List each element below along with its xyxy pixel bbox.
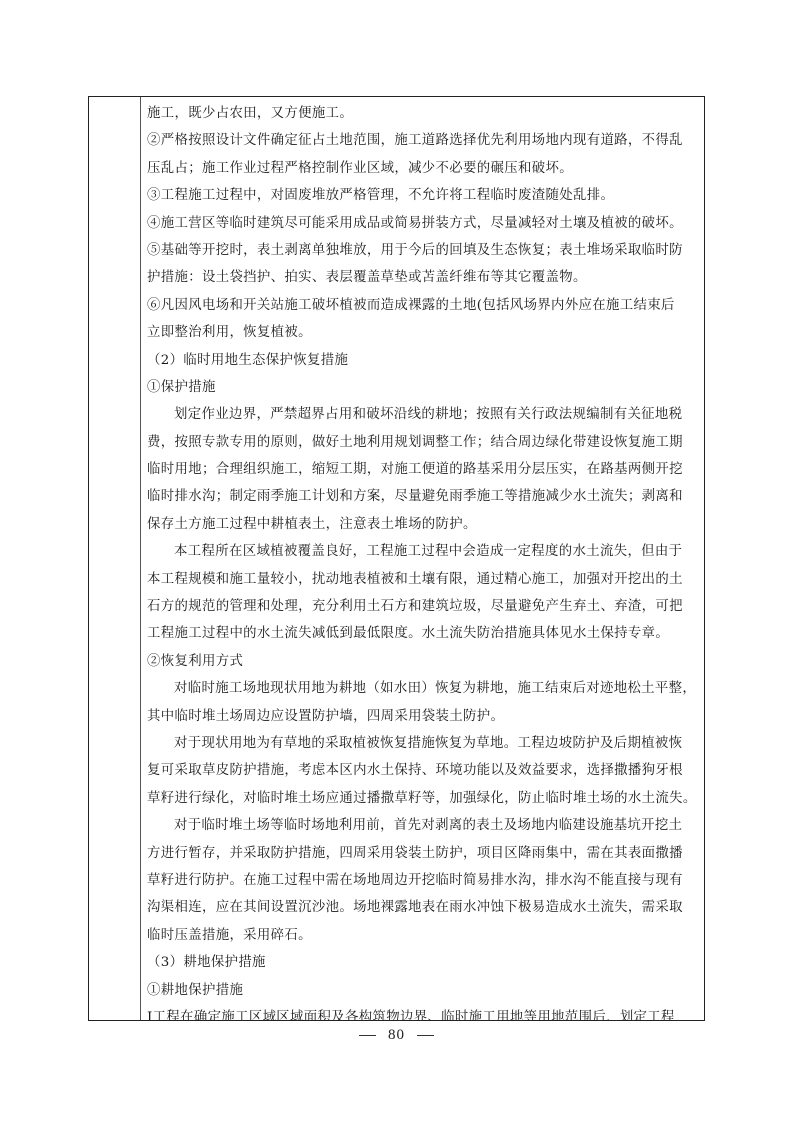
text-line: 工程施工过程中的水土流失减低到最低限度。水土流失防治措施具体见水土保持专章。 xyxy=(147,620,700,647)
text-line: （3）耕地保护措施 xyxy=(147,949,700,976)
text-line: 施工，既少占农田，又方便施工。 xyxy=(147,100,700,127)
text-line: ④施工营区等临时建筑尽可能采用成品或简易拼装方式，尽量减轻对土壤及植被的破坏。 xyxy=(147,210,700,237)
page-footer: 80 xyxy=(0,1027,793,1044)
text-line: 划定作业边界，严禁超界占用和破坏沿线的耕地；按照有关行政法规编制有关征地税 xyxy=(147,401,700,428)
text-line: ①耕地保护措施 xyxy=(147,977,700,1004)
table-content-column: 施工，既少占农田，又方便施工。②严格按照设计文件确定征占土地范围，施工道路选择优… xyxy=(141,97,704,1020)
text-line: 沟渠相连，应在其间设置沉沙池。场地裸露地表在雨水冲蚀下极易造成水土流失，需采取 xyxy=(147,894,700,921)
footer-dash-left xyxy=(359,1035,376,1036)
text-line: （2）临时用地生态保护恢复措施 xyxy=(147,347,700,374)
text-line: 石方的规范的管理和处理，充分利用土石方和建筑垃圾，尽量避免产生弃土、弃渣，可把 xyxy=(147,593,700,620)
text-line: ②严格按照设计文件确定征占土地范围，施工道路选择优先利用场地内现有道路，不得乱 xyxy=(147,127,700,154)
text-line: ③工程施工过程中，对固废堆放严格管理，不允许将工程临时废渣随处乱排。 xyxy=(147,182,700,209)
text-line: ①保护措施 xyxy=(147,374,700,401)
page-number: 80 xyxy=(388,1027,405,1043)
text-line: 复可采取草皮防护措施，考虑本区内水土保持、环境功能以及效益要求，选择撒播狗牙根 xyxy=(147,757,700,784)
text-line: 本工程规模和施工量较小，扰动地表植被和土壤有限，通过精心施工，加强对开挖出的土 xyxy=(147,566,700,593)
document-table: 施工，既少占农田，又方便施工。②严格按照设计文件确定征占土地范围，施工道路选择优… xyxy=(88,96,705,1021)
text-line: 草籽进行防护。在施工过程中需在场地周边开挖临时简易排水沟，排水沟不能直接与现有 xyxy=(147,867,700,894)
text-line: 护措施：设土袋挡护、拍实、表层覆盖草垫或苫盖纤维布等其它覆盖物。 xyxy=(147,264,700,291)
text-line: 对于现状用地为有草地的采取植被恢复措施恢复为草地。工程边坡防护及后期植被恢 xyxy=(147,730,700,757)
text-line: 立即整治利用，恢复植被。 xyxy=(147,319,700,346)
text-line: 其中临时堆土场周边应设置防护墙，四周采用袋装土防护。 xyxy=(147,703,700,730)
table-left-column xyxy=(89,97,141,1020)
text-line: 压乱占；施工作业过程严格控制作业区域，减少不必要的碾压和破坏。 xyxy=(147,155,700,182)
text-line: 对于临时堆土场等临时场地利用前，首先对剥离的表土及场地内临建设施基坑开挖土 xyxy=(147,812,700,839)
text-line: 草籽进行绿化，对临时堆土场应通过播撒草籽等，加强绿化，防止临时堆土场的水土流失。 xyxy=(147,785,700,812)
text-line: 本工程所在区域植被覆盖良好，工程施工过程中会造成一定程度的水土流失，但由于 xyxy=(147,538,700,565)
text-line: 临时用地；合理组织施工，缩短工期，对施工便道的路基采用分层压实，在路基两侧开挖 xyxy=(147,456,700,483)
footer-dash-right xyxy=(417,1035,434,1036)
text-line: ⑥凡因风电场和开关站施工破坏植被而造成裸露的土地(包括风场界内外应在施工结束后 xyxy=(147,292,700,319)
text-line: 保存土方施工过程中耕植表土，注意表土堆场的防护。 xyxy=(147,511,700,538)
text-line: ⑤基础等开挖时，表土剥离单独堆放，用于今后的回填及生态恢复；表土堆场采取临时防 xyxy=(147,237,700,264)
text-line: 费，按照专款专用的原则，做好土地利用规划调整工作；结合周边绿化带建设恢复施工期 xyxy=(147,429,700,456)
text-line: 临时排水沟；制定雨季施工计划和方案，尽量避免雨季施工等措施减少水土流失；剥离和 xyxy=(147,483,700,510)
text-line: 对临时施工场地现状用地为耕地（如水田）恢复为耕地，施工结束后对迹地松土平整， xyxy=(147,675,700,702)
text-line: Ⅰ工程在确定施工区域区域面积及各构筑物边界、临时施工用地等用地范围后，划定工程 xyxy=(147,1004,700,1020)
text-line: ②恢复利用方式 xyxy=(147,648,700,675)
text-line: 方进行暂存，并采取防护措施，四周采用袋装土防护，项目区降雨集中，需在其表面撒播 xyxy=(147,840,700,867)
text-line: 临时压盖措施，采用碎石。 xyxy=(147,922,700,949)
